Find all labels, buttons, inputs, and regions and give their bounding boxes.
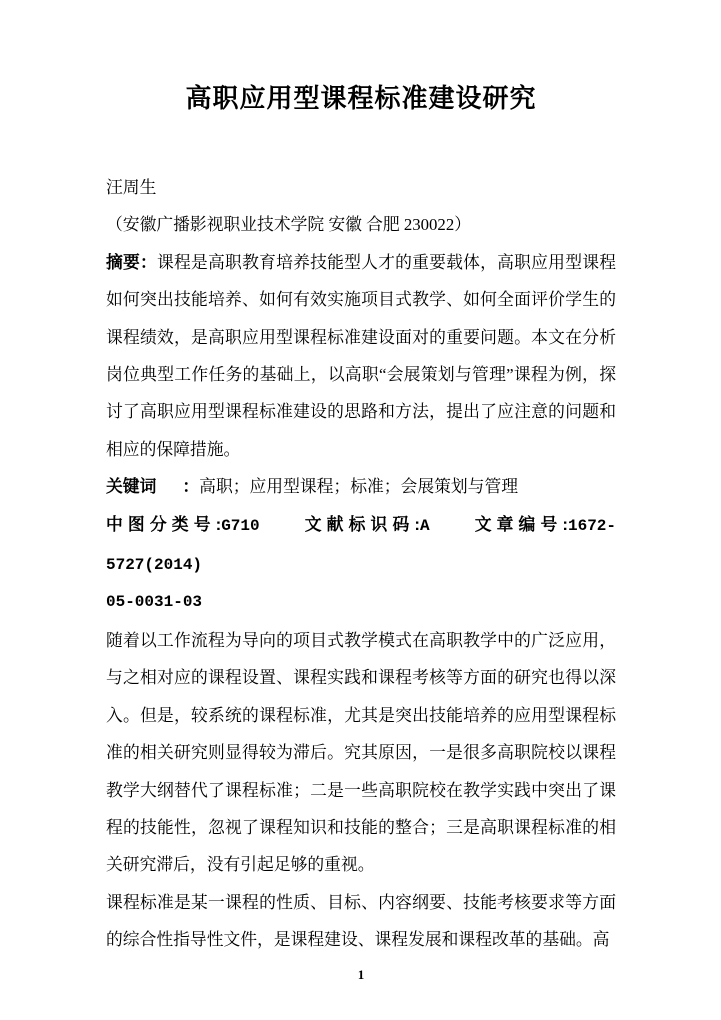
keywords-label: 关键词 <box>106 477 156 496</box>
keywords-colon: ： <box>182 477 199 496</box>
keywords-text: 高职；应用型课程；标准；会展策划与管理 <box>199 477 518 496</box>
keywords-line: 关键词：高职；应用型课程；标准；会展策划与管理 <box>106 468 616 505</box>
clc-value: G710 <box>221 517 259 535</box>
abstract-text: 课程是高职教育培养技能型人才的重要载体，高职应用型课程如何突出技能培养、如何有效… <box>106 253 616 459</box>
clc-label: 中图分类号: <box>106 515 221 534</box>
meta-line: 中图分类号:G710文献标识码:A文章编号:1672-5727(2014) <box>106 506 616 585</box>
abstract-label: 摘要： <box>106 253 157 272</box>
doc-code-label: 文献标识码: <box>300 515 420 534</box>
article-title: 高职应用型课程标准建设研究 <box>106 84 616 114</box>
body-paragraph-1: 随着以工作流程为导向的项目式教学模式在高职教学中的广泛应用，与之相对应的课程设置… <box>106 622 616 884</box>
body-paragraph-2: 课程标准是某一课程的性质、目标、内容纲要、技能考核要求等方面的综合性指导性文件，… <box>106 884 616 959</box>
abstract-paragraph: 摘要：课程是高职教育培养技能型人才的重要载体，高职应用型课程如何突出技能培养、如… <box>106 244 616 468</box>
article-id-label: 文章编号: <box>470 515 568 534</box>
doc-code-value: A <box>420 517 430 535</box>
document-page: 高职应用型课程标准建设研究 汪周生 （安徽广播影视职业技术学院 安徽 合肥 23… <box>0 0 721 1020</box>
author-name: 汪周生 <box>106 169 616 206</box>
article-body: 汪周生 （安徽广播影视职业技术学院 安徽 合肥 230022） 摘要：课程是高职… <box>106 169 616 959</box>
clc-segment: 中图分类号:G710 <box>106 515 300 534</box>
author-affiliation: （安徽广播影视职业技术学院 安徽 合肥 230022） <box>106 206 616 243</box>
page-number: 1 <box>106 967 616 983</box>
article-id-continuation: 05-0031-03 <box>106 584 616 621</box>
doc-code-segment: 文献标识码:A <box>300 515 470 534</box>
